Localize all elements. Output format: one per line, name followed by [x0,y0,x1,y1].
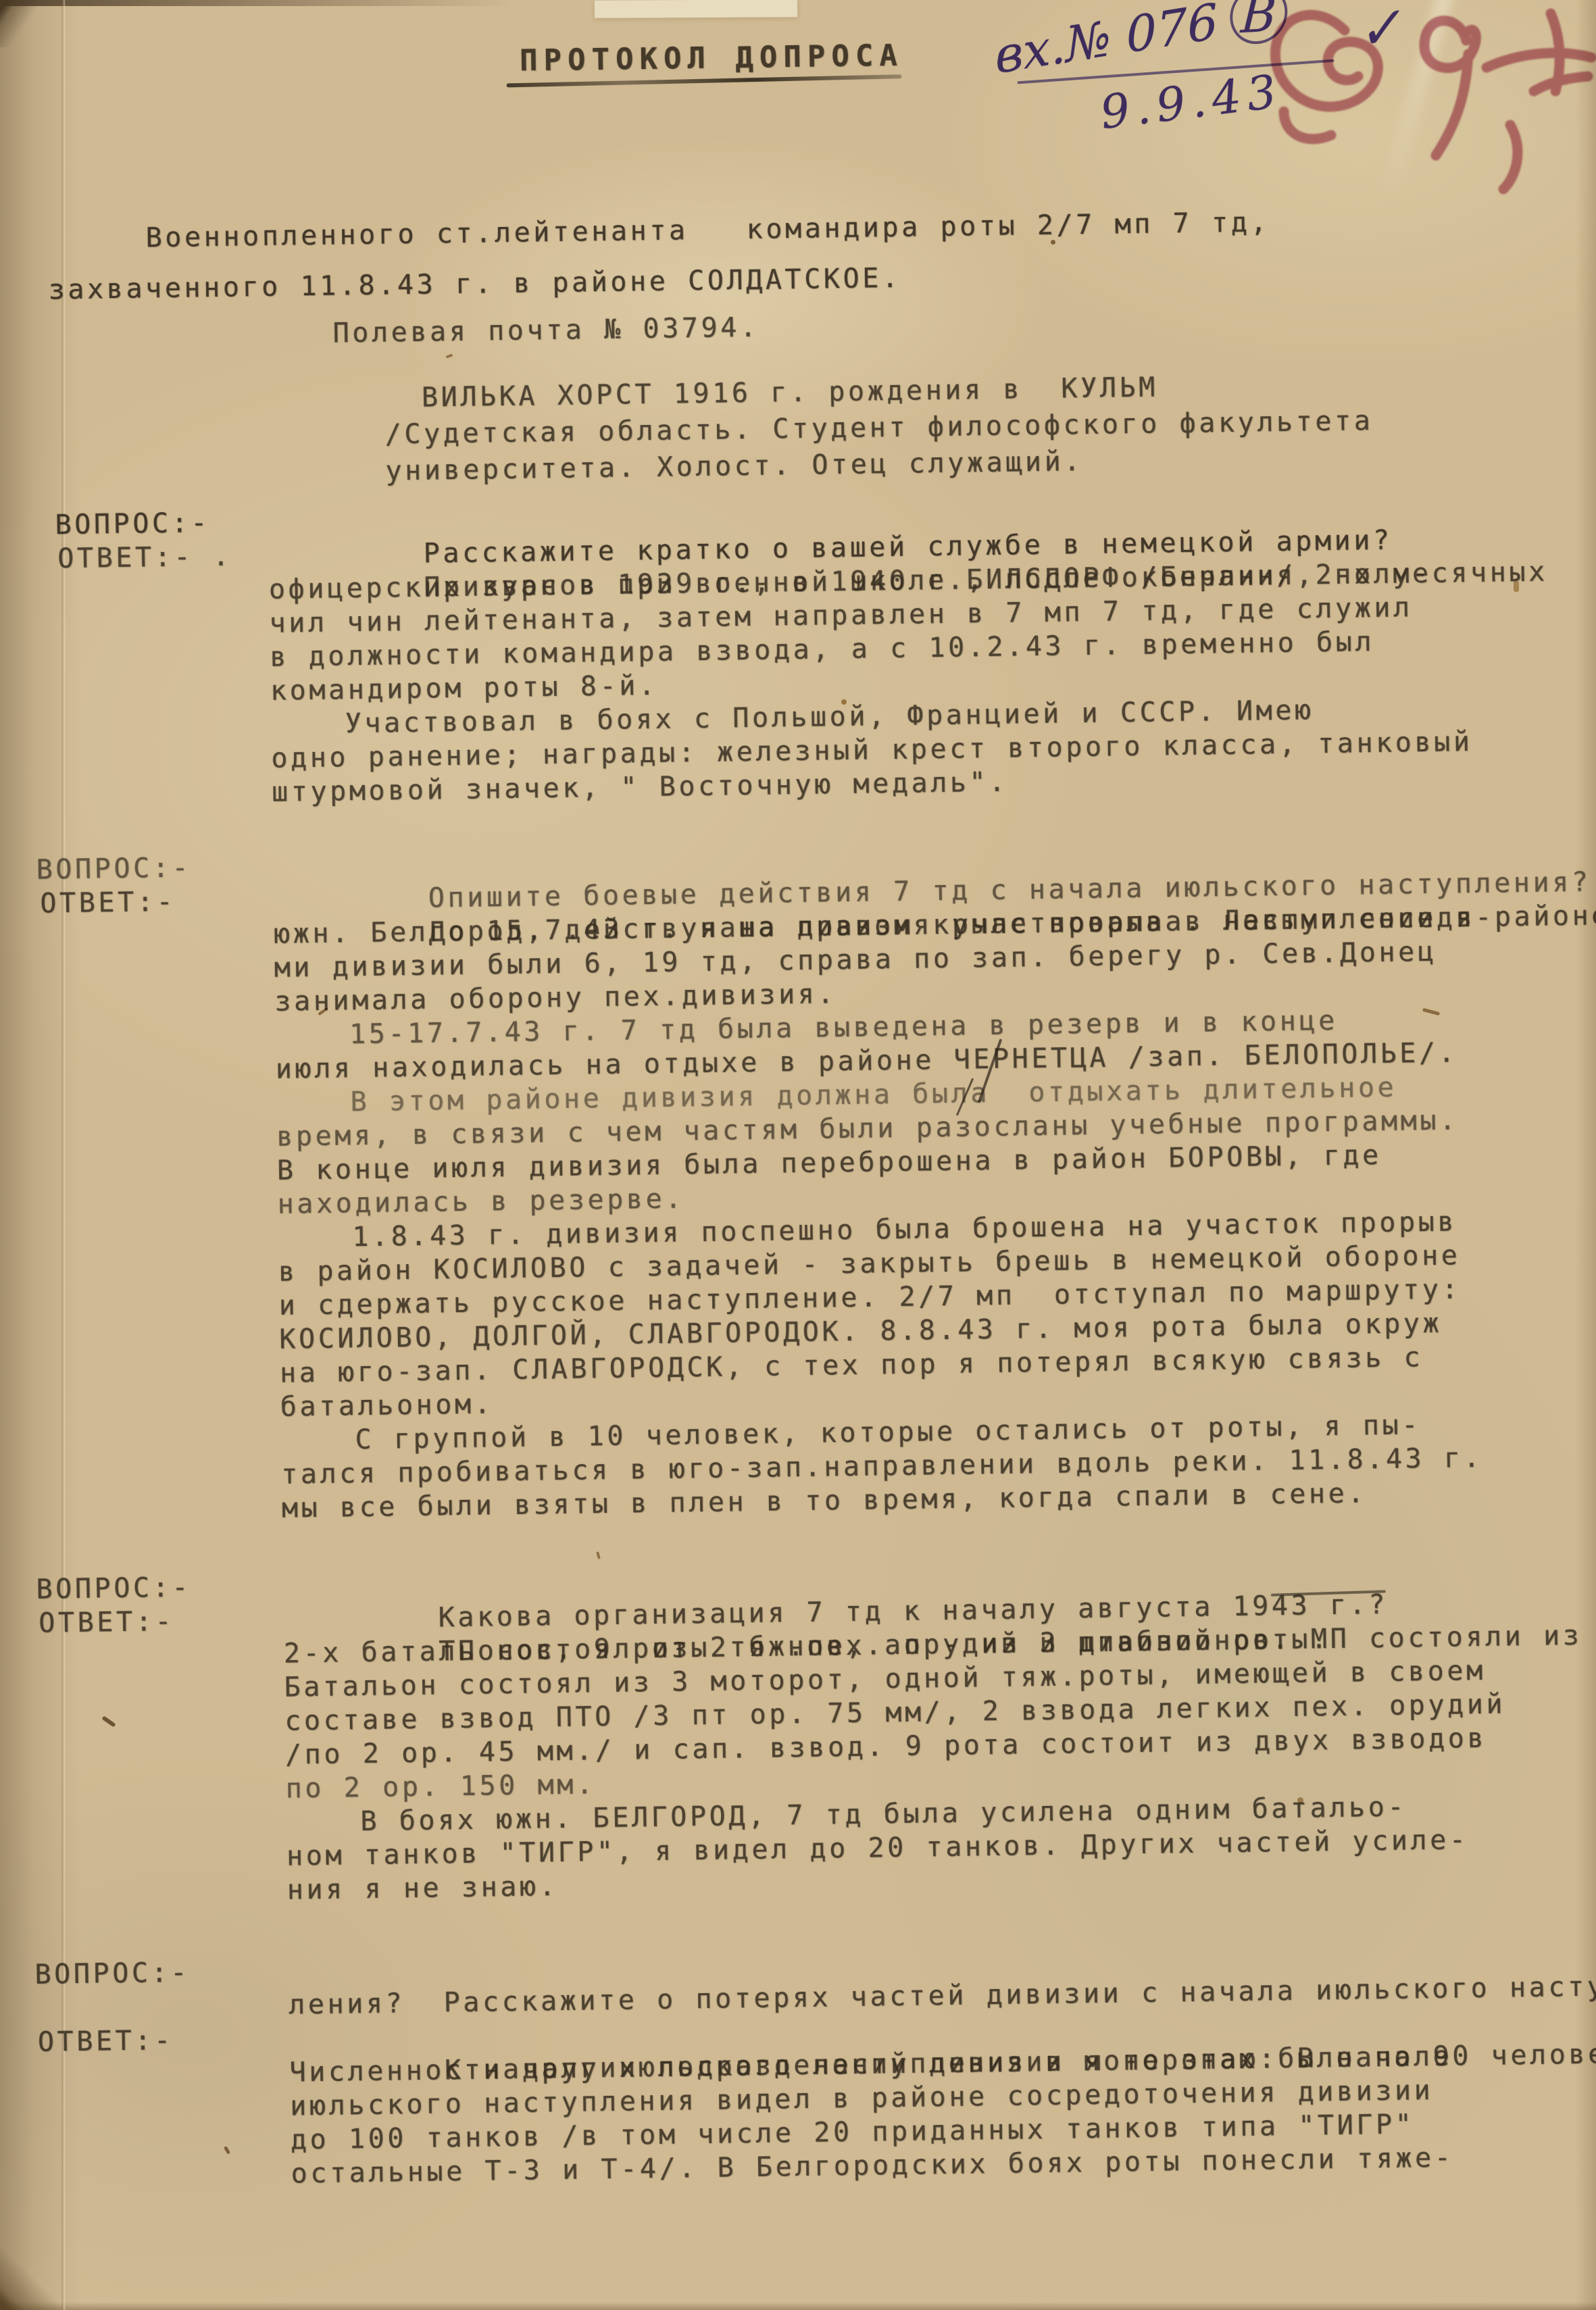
answer-label: ОТВЕТ:- [39,1605,174,1640]
text-line: захваченного 11.8.43 г. в районе СОЛДАТС… [48,252,1576,307]
answer-label: ОТВЕТ:- [40,885,176,921]
question-label: ВОПРОС:- [34,1956,190,1992]
paper-bottom-edge-shadow [0,2302,1596,2310]
answer-label: ОТВЕТ:- [38,2024,174,2059]
answer-block-2: ОТВЕТ:-До 15.7.43 г. наша дивизия участв… [273,865,1594,1526]
typed-content-layer: ПРОТОКОЛ ДОПРОСА Военнопленного ст.лейте… [0,0,1596,2194]
question-label: ВОПРОС:- [55,506,210,542]
question-label: ВОПРОС:- [36,851,191,887]
intro-paragraph: Военнопленного ст.лейтенанта командира р… [264,201,1578,351]
answer-block-1: ОТВЕТ:- .Призван в 1939 г., в 1940 г., п… [268,521,1584,809]
document-title: ПРОТОКОЛ ДОПРОСА [520,28,1574,80]
subject-bio: ВИЛЬКА ХОРСТ 1916 г. рождения в КУЛЬМ /С… [266,363,1580,491]
answer-block-4: ОТВЕТ:-К началу июльского наступления в … [289,2004,1596,2191]
answer-label: ОТВЕТ:- . [57,540,232,576]
question-label: ВОПРОС:- [36,1571,191,1607]
answer-block-3: ОТВЕТ:-ТП состоял из 2 б-нов, ап - из 3 … [283,1585,1596,1907]
text-line: Полевая почта № 03794. [332,299,1578,351]
text-line: Военнопленного ст.лейтенанта командира р… [145,201,1576,255]
scanned-document-page: вх.№ 076 В ✓ 9.9.43 ПРОТОКОЛ ДОПРОСА Вое… [0,0,1596,2310]
